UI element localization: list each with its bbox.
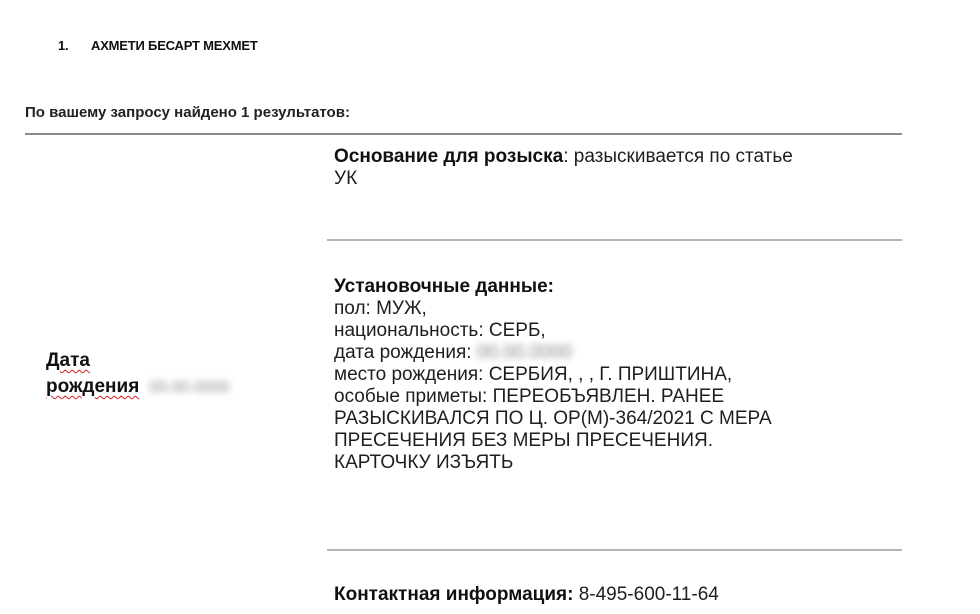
person-name: АХМЕТИ БЕСАРТ МЕХМЕТ (91, 38, 258, 53)
birth-date-label-line1: Дата (46, 348, 229, 374)
wanted-reason-label: Основание для розыска (334, 146, 563, 167)
birth-date-field-redacted: 00.00.0000 (477, 342, 572, 364)
special-marks-line1: особые приметы: ПЕРЕОБЪЯВЛЕН. РАНЕЕ (334, 386, 902, 408)
results-count: По вашему запросу найдено 1 результатов: (25, 104, 350, 121)
birth-date-summary: Дата рождения00.00.0000 (46, 348, 229, 401)
identifying-data-label: Установочные данные: (334, 276, 902, 298)
identifying-data-block: Установочные данные: пол: МУЖ, националь… (334, 276, 902, 474)
section-divider (327, 239, 902, 241)
birth-place-field: место рождения: СЕРБИЯ, , , Г. ПРИШТИНА, (334, 364, 902, 386)
birth-date-field-label: дата рождения: (334, 342, 477, 363)
person-list-item: 1.АХМЕТИ БЕСАРТ МЕХМЕТ (58, 38, 258, 53)
birth-date-redacted: 00.00.0000 (149, 375, 229, 401)
birth-date-label-line2: рождения (46, 376, 139, 397)
special-marks-line3: ПРЕСЕЧЕНИЯ БЕЗ МЕРЫ ПРЕСЕЧЕНИЯ. (334, 430, 902, 452)
list-number: 1. (58, 38, 91, 53)
sex-field: пол: МУЖ, (334, 298, 902, 320)
contact-label: Контактная информация: (334, 584, 573, 605)
header-divider (25, 133, 902, 135)
special-marks-line2: РАЗЫСКИВАЛСЯ ПО Ц. ОР(М)-364/2021 С МЕРА (334, 408, 902, 430)
section-divider (327, 549, 902, 551)
wanted-reason-value-cont: УК (334, 168, 902, 190)
special-marks-line4: КАРТОЧКУ ИЗЪЯТЬ (334, 452, 902, 474)
contact-block: Контактная информация: 8-495-600-11-64 (334, 584, 902, 606)
wanted-reason-block: Основание для розыска: разыскивается по … (334, 146, 902, 190)
contact-phone: 8-495-600-11-64 (573, 584, 718, 605)
wanted-reason-value: : разыскивается по статье (563, 146, 793, 167)
nationality-field: национальность: СЕРБ, (334, 320, 902, 342)
